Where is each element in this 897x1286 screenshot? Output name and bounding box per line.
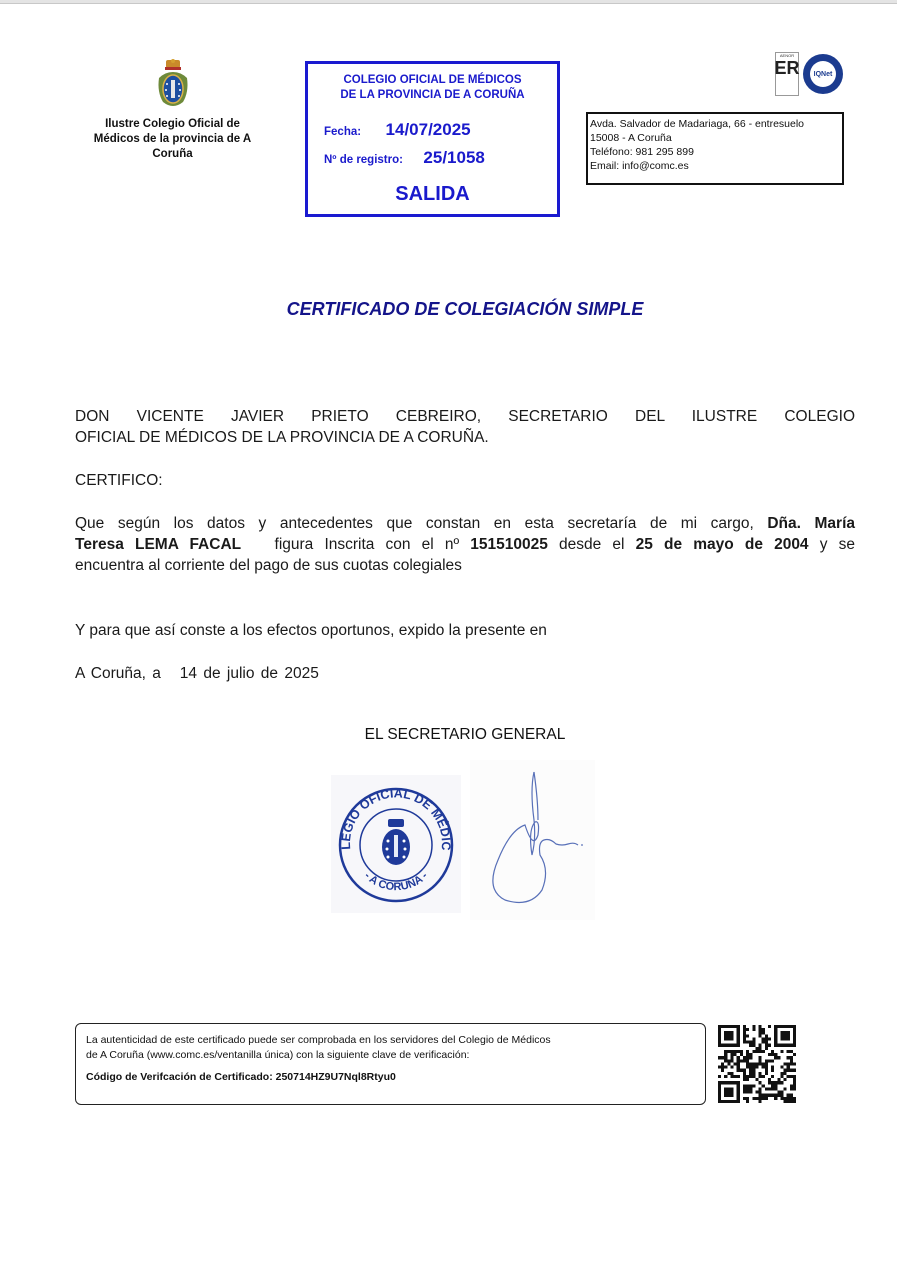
- stamp-registry-value: 25/1058: [423, 148, 484, 168]
- address-email: Email: info@comc.es: [590, 159, 842, 173]
- member-name-part1: Dña. María: [767, 515, 855, 532]
- stamp-direction: SALIDA: [308, 183, 557, 206]
- stamp-registry-label: Nº de registro:: [324, 154, 403, 166]
- member-number: 151510025: [470, 536, 548, 553]
- verification-box: La autenticidad de este certificado pued…: [75, 1023, 706, 1105]
- organization-name: Ilustre Colegio Oficial de Médicos de la…: [80, 117, 265, 162]
- verification-text: La autenticidad de este certificado pued…: [86, 1033, 646, 1063]
- closing-paragraph: Y para que así conste a los efectos opor…: [75, 620, 855, 641]
- signer-title: EL SECRETARIO GENERAL: [0, 726, 897, 744]
- signature-icon: [470, 760, 595, 920]
- stamp-registry-row: Nº de registro: 25/1058: [324, 148, 485, 168]
- stamp-date-row: Fecha: 14/07/2025: [324, 120, 471, 140]
- verification-code: Código de Verifcación de Certificado: 25…: [86, 1071, 396, 1083]
- qr-code-icon[interactable]: [718, 1024, 796, 1104]
- certifico-label: CERTIFICO:: [75, 470, 855, 491]
- registry-stamp: COLEGIO OFICIAL DE MÉDICOS DE LA PROVINC…: [305, 61, 560, 217]
- member-name-part2: Teresa LEMA FACAL: [75, 536, 241, 553]
- crest-icon: [155, 58, 191, 112]
- intro-paragraph: DON VICENTE JAVIER PRIETO CEBREIRO, SECR…: [75, 406, 855, 448]
- certification-body: Que según los datos y antecedentes que c…: [75, 513, 855, 576]
- document-title: CERTIFICADO DE COLEGIACIÓN SIMPLE: [0, 299, 897, 320]
- certification-logos: AENOR ER IQNet: [775, 52, 843, 96]
- iqnet-logo-icon: IQNet: [803, 54, 843, 94]
- aenor-logo-icon: AENOR ER: [775, 52, 799, 96]
- stamp-date-value: 14/07/2025: [386, 120, 471, 140]
- viewer-top-border: [0, 0, 897, 4]
- place-and-date: A Coruña, a 14 de julio de 2025: [75, 663, 855, 684]
- address-box: Avda. Salvador de Madariaga, 66 - entres…: [586, 112, 844, 185]
- address-city: 15008 - A Coruña: [590, 131, 842, 145]
- stamp-title: COLEGIO OFICIAL DE MÉDICOS DE LA PROVINC…: [308, 73, 557, 103]
- address-phone: Teléfono: 981 295 899: [590, 145, 842, 159]
- address-street: Avda. Salvador de Madariaga, 66 - entres…: [590, 117, 842, 131]
- stamp-date-label: Fecha:: [324, 126, 361, 138]
- official-seal-icon: COLEGIO OFICIAL DE MÉDICOS - A CORUÑA -: [331, 775, 461, 913]
- registration-date: 25 de mayo de 2004: [636, 536, 809, 553]
